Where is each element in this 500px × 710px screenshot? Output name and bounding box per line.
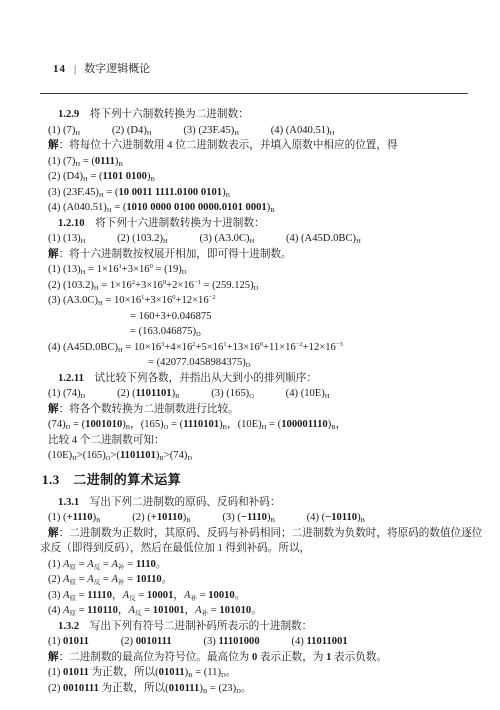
page-header: 14|数字逻辑概论 [42, 50, 468, 89]
text-line: 解：将每位十六进制数用 4 位二进制数表示，并填入原数中相应的位置，得 [40, 138, 492, 154]
text-line: (3) A原 = 11110，A反 = 10001，A补 = 10010。 [40, 588, 492, 604]
text-line: (3) (23F.45)H = (10 0011 1111.0100 0101)… [40, 185, 492, 201]
text-line: (1) (7)H = (0111)B [40, 154, 492, 170]
text-line: 1.3.2 写出下列有符号二进制补码所表示的十进制数： [40, 619, 492, 635]
text-line: 求反（即得到反码），然后在最低位加 1 得到补码。所以， [40, 541, 492, 557]
text-line: (1) (13)H = 1×161+3×160 = (19)D [40, 262, 492, 278]
text-line: (2) (D4)H = (1101 0100)B [40, 169, 492, 185]
text-line: = (163.046875)D [40, 324, 492, 340]
text-line: (10E)H>(165)O>(1101101)B>(74)D [40, 448, 492, 464]
text-line: (1) (7)H (2) (D4)H (3) (23F.45)H (4) (A0… [40, 123, 492, 139]
text-line: (1) (74)D (2) (1101101)B (3) (165)O (4) … [40, 386, 492, 402]
section-heading: 1.3 二进制的算术运算 [40, 472, 492, 488]
text-line: 1.2.9 将下列十六制数转换为二进制数： [40, 107, 492, 123]
text-line: (2) A原 = A反 = A补 = 10110。 [40, 572, 492, 588]
text-line: 1.3.1 写出下列二进制数的原码、反码和补码： [40, 495, 492, 511]
text-line: (3) (A3.0C)H = 10×161+3×160+12×16−2 [40, 293, 492, 309]
text-line: = 160+3+0.046875 [40, 309, 492, 325]
textbook-page: 14|数字逻辑概论 1.2.9 将下列十六制数转换为二进制数：(1) (7)H … [0, 0, 500, 710]
text-line: (4) A原 = 110110，A反 = 101001，A补 = 101010。 [40, 603, 492, 619]
text-line: (2) (103.2)H = 1×162+3×160+2×16−1 = (259… [40, 278, 492, 294]
text-line: (74)D = (1001010)B，(165)O = (1110101)B，(… [40, 417, 492, 433]
text-line: 1.2.11 试比较下列各数，并指出从大到小的排列顺序： [40, 371, 492, 387]
text-line: (1) (+1110)B (2) (+10110)B (3) (−1110)B … [40, 510, 492, 526]
text-line: 解：将十六进制数按权展开相加，即可得十进制数。 [40, 247, 492, 263]
text-line: 解：二进制数为正数时，其原码、反码与补码相同；二进制数为负数时，将原码的数值位逐… [40, 526, 492, 542]
text-line: 解：将各个数转换为二进制数进行比较。 [40, 402, 492, 418]
text-line: (2) 0010111 为正数，所以(010111)B = (23)D。 [40, 681, 492, 697]
page-number: 14 [53, 63, 66, 75]
text-line: 解：二进制数的最高位为符号位。最高位为 0 表示正数，为 1 表示负数。 [40, 650, 492, 666]
text-line: (1) 01011 为正数，所以(01011)B = (11)D。 [40, 665, 492, 681]
page-body: 1.2.9 将下列十六制数转换为二进制数：(1) (7)H (2) (D4)H … [40, 107, 492, 696]
text-line: (4) (A040.51)H = (1010 0000 0100 0000.01… [40, 200, 492, 216]
text-line: (1) (13)H (2) (103.2)H (3) (A3.0C)H (4) … [40, 231, 492, 247]
text-line: 比较 4 个二进制数可知： [40, 433, 492, 449]
header-rule [40, 93, 468, 94]
text-line: (1) A原 = A反 = A补 = 1110。 [40, 557, 492, 573]
text-line: (1) 01011 (2) 0010111 (3) 11101000 (4) 1… [40, 634, 492, 650]
text-line: = (42077.0458984375)D [40, 355, 492, 371]
text-line: 1.2.10 将下列十六进制数转换为十进制数： [40, 216, 492, 232]
text-line: (4) (A45D.0BC)H = 10×163+4×162+5×161+13×… [40, 340, 492, 356]
chapter-title: 数字逻辑概论 [84, 63, 150, 75]
header-separator: | [74, 63, 76, 75]
